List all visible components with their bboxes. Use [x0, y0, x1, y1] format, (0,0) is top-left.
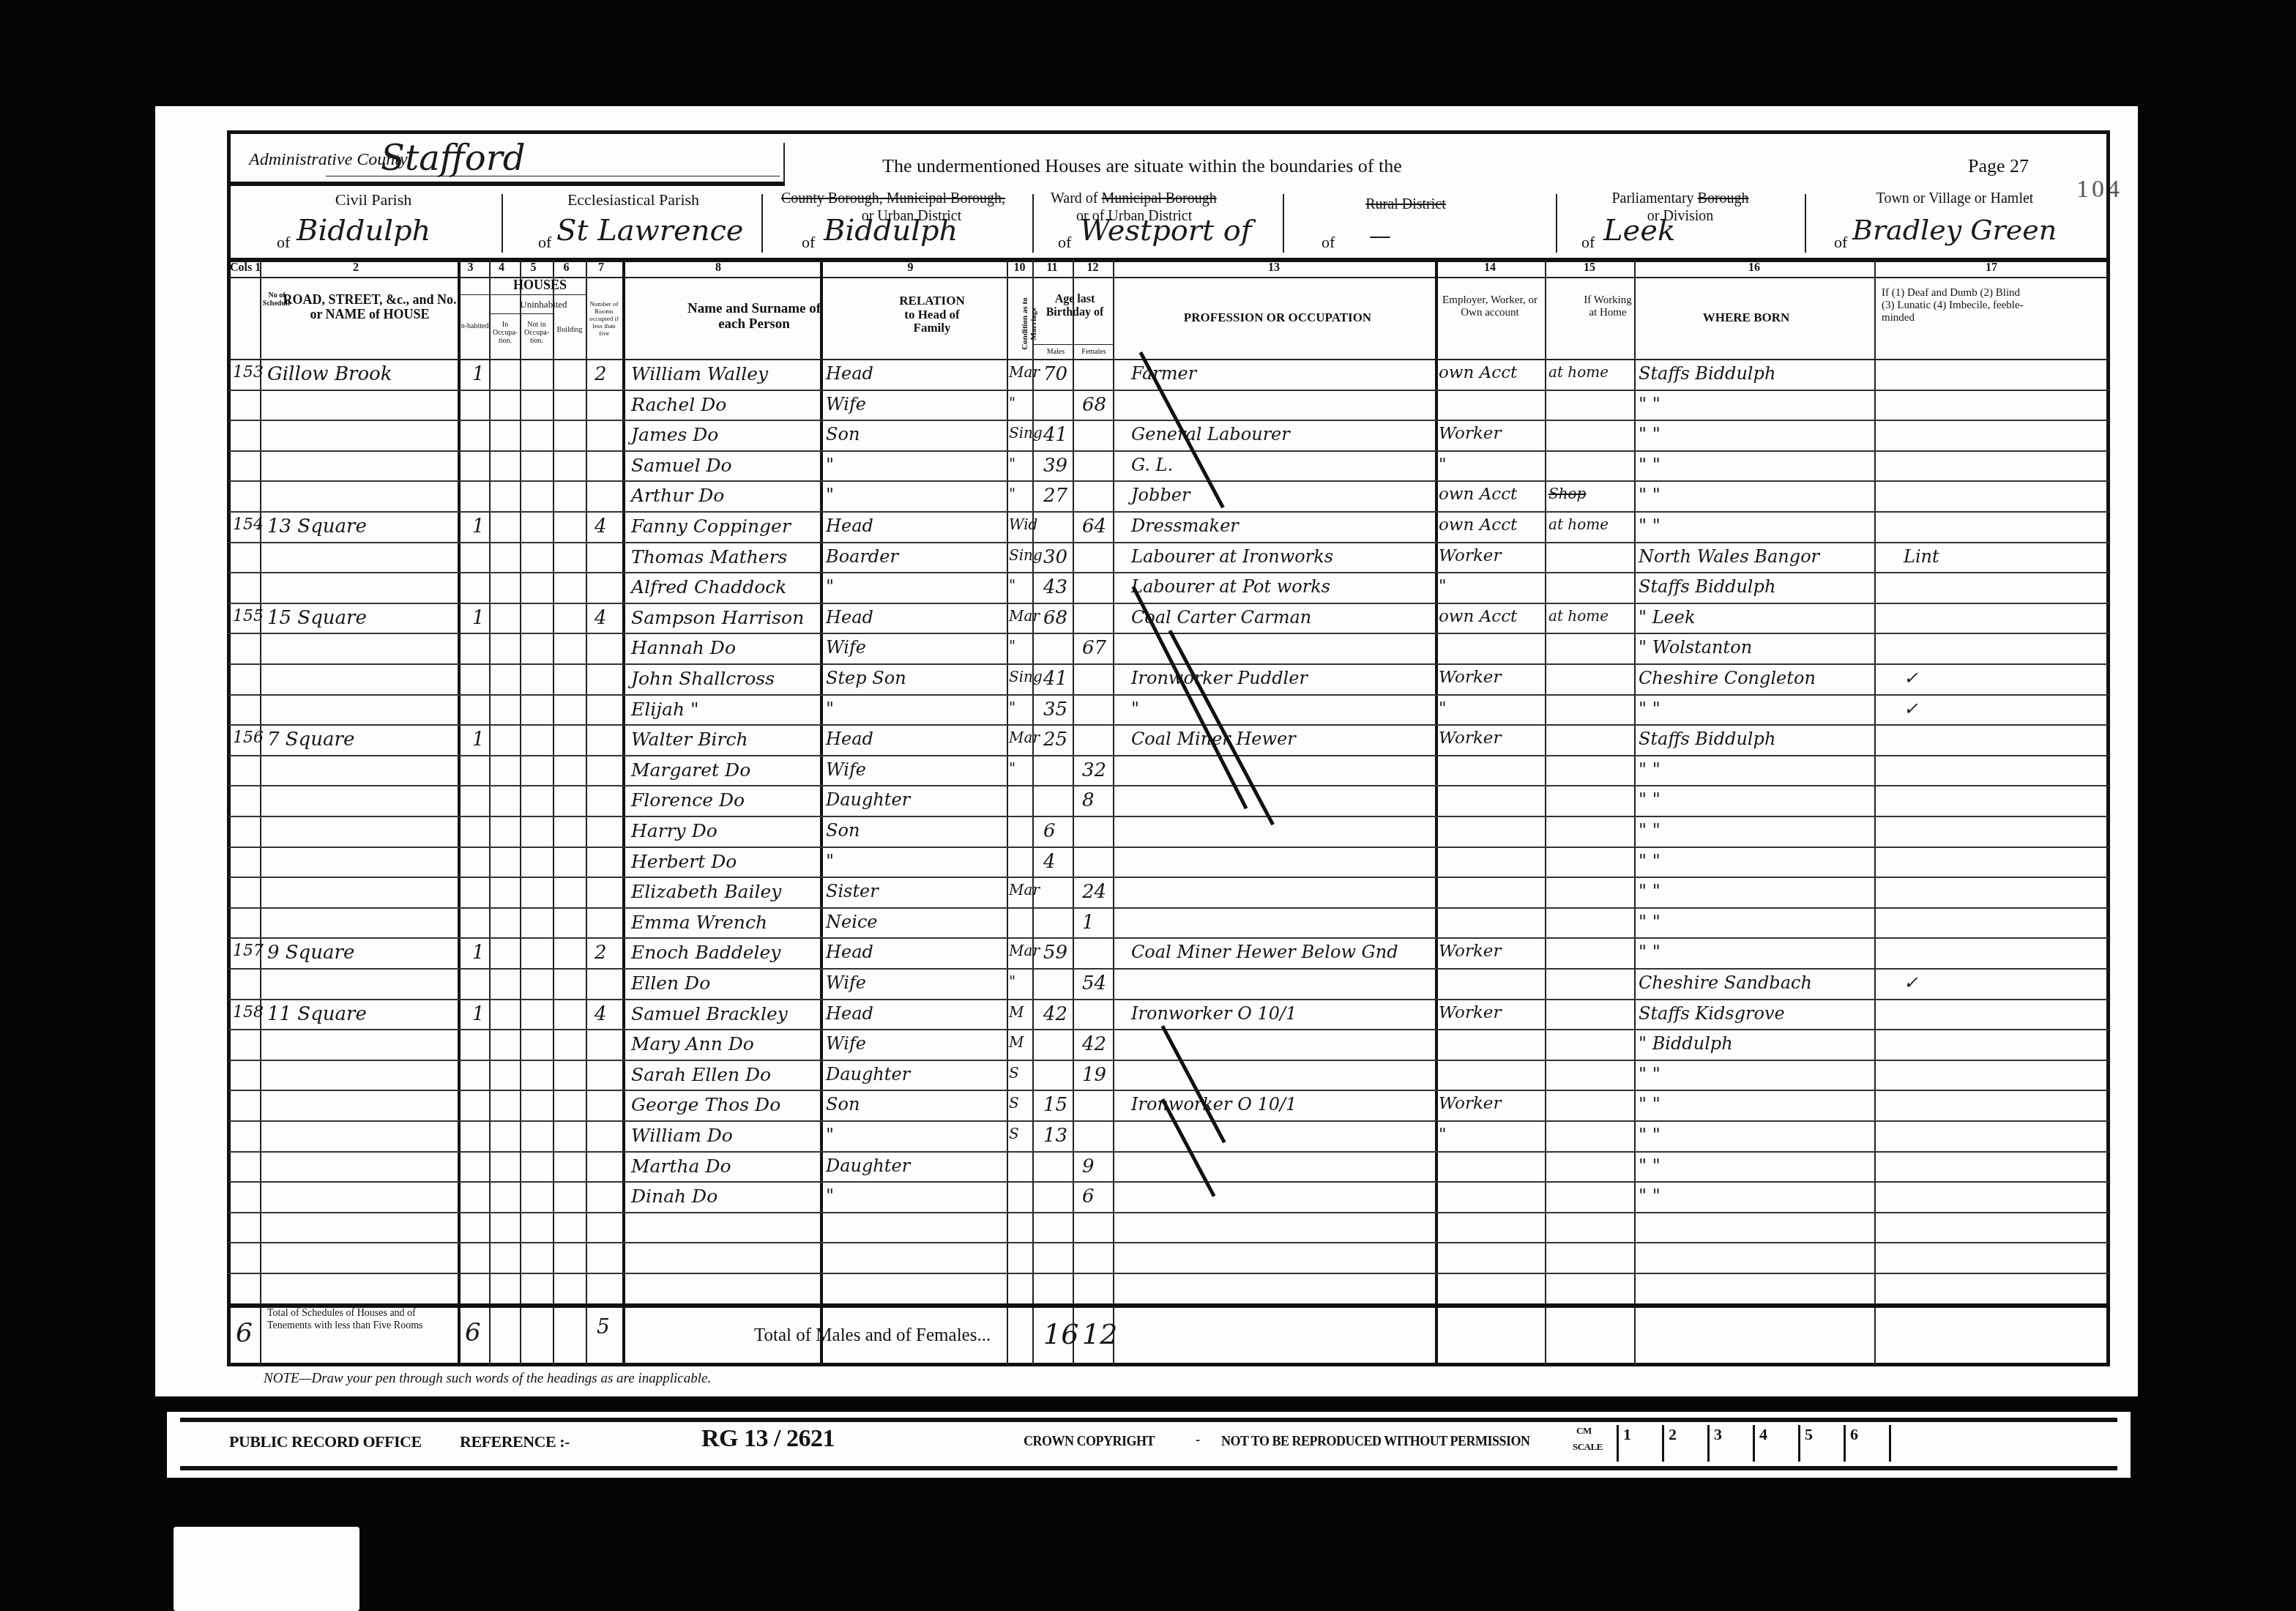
cell-male-age: 41	[1043, 668, 1067, 690]
cell-female-age: 24	[1082, 881, 1106, 903]
cell-name: William Do	[631, 1125, 733, 1146]
row-rule	[228, 907, 2109, 909]
cell-relation: Wife	[826, 759, 866, 780]
total-males: 16	[1043, 1318, 1078, 1350]
row-rule	[228, 755, 2109, 756]
total-schedules-label: Total of Schedules of Houses and of Tene…	[267, 1308, 450, 1333]
cell-relation: "	[826, 485, 834, 505]
cell-relation: "	[826, 851, 834, 871]
cell-inhabited: 1	[472, 1003, 485, 1025]
cell-employer: Worker	[1439, 424, 1501, 443]
column-number: 9	[908, 261, 914, 275]
cell-address: 7 Square	[267, 729, 354, 751]
cell-female-age: 54	[1082, 972, 1106, 994]
cell-schedule: 154	[233, 516, 264, 534]
cell-address: 9 Square	[267, 942, 354, 964]
cell-born: " "	[1639, 820, 1660, 841]
cell-condition: "	[1009, 455, 1015, 472]
header-age: Age last Birthday of	[1038, 293, 1111, 319]
parliamentary-value: Leek	[1603, 214, 1675, 248]
row-rule	[228, 1060, 2109, 1061]
cell-female-age: 6	[1082, 1186, 1095, 1208]
cell-name: Dinah Do	[631, 1186, 717, 1207]
cell-male-age: 59	[1043, 942, 1067, 964]
cell-employer: "	[1439, 1125, 1447, 1144]
cell-male-age: 68	[1043, 607, 1067, 629]
cell-male-age: 4	[1043, 851, 1056, 873]
parliamentary-prefix: of	[1581, 233, 1595, 252]
header-houses: HOUSES	[458, 278, 622, 293]
cell-name: Samuel Brackley	[631, 1003, 788, 1024]
cell-employer: own Acct	[1439, 485, 1517, 504]
cell-born: " "	[1639, 424, 1660, 444]
cell-female-age: 42	[1082, 1033, 1106, 1055]
cell-condition: Mar	[1009, 881, 1040, 898]
header-males: Males	[1038, 348, 1073, 356]
cell-name: James Do	[631, 424, 718, 445]
cell-address: Gillow Brook	[267, 363, 392, 385]
cell-born: Cheshire Sandbach	[1639, 972, 1812, 993]
cell-born: " "	[1639, 851, 1660, 871]
cell-condition: "	[1009, 637, 1015, 655]
cell-employer: "	[1439, 455, 1447, 474]
row-rule	[228, 1120, 2109, 1122]
page-number: Page 27	[1968, 155, 2029, 177]
header-not-in-occupation: Not in Occupa-tion.	[521, 321, 552, 345]
column-number: 12	[1087, 261, 1099, 275]
cell-born: " "	[1639, 912, 1660, 932]
cell-born: " Leek	[1639, 607, 1696, 628]
row-rule	[228, 1090, 2109, 1091]
cell-female-age: 1	[1082, 912, 1095, 934]
cell-name: Emma Wrench	[631, 912, 767, 933]
cell-condition: "	[1009, 699, 1015, 716]
cell-condition: Mar	[1009, 363, 1040, 381]
cell-occupation: Labourer at Pot works	[1131, 576, 1330, 597]
cell-name: Walter Birch	[631, 729, 748, 750]
cell-born: Staffs Biddulph	[1639, 729, 1775, 749]
cell-occupation: Coal Miner Hewer Below Gnd	[1131, 942, 1398, 962]
ward-prefix: of	[1058, 233, 1071, 252]
header-name: Name and Surname of each Person	[681, 302, 827, 332]
column-divider	[260, 260, 261, 1366]
cell-name: Elizabeth Bailey	[631, 881, 781, 902]
footer-reference-label: REFERENCE :-	[460, 1432, 570, 1451]
intro-text: The undermentioned Houses are situate wi…	[882, 155, 1402, 177]
header-working-home: If Working at Home	[1581, 294, 1634, 320]
cell-condition: S	[1009, 1094, 1019, 1112]
cell-employer: Worker	[1439, 729, 1501, 748]
row-rule	[228, 511, 2109, 513]
cell-home: at home	[1548, 607, 1609, 625]
column-divider	[1073, 260, 1074, 1366]
row-rule	[228, 999, 2109, 1000]
row-rule	[228, 603, 2109, 604]
cell-infirmity: ✓	[1904, 699, 1918, 719]
cell-female-age: 32	[1082, 759, 1106, 781]
cell-inhabited: 1	[472, 363, 485, 385]
ecclesiastical-parish-prefix: of	[538, 233, 551, 252]
cell-rooms: 2	[594, 942, 607, 964]
cell-condition: Mar	[1009, 729, 1040, 746]
rural-district-prefix: of	[1322, 233, 1335, 252]
cell-occupation: Jobber	[1131, 485, 1190, 505]
row-rule	[228, 1242, 2109, 1243]
scale-cm-5: 5	[1798, 1425, 1845, 1462]
cell-relation: Wife	[826, 972, 866, 993]
urban-district-prefix: of	[802, 233, 815, 252]
cell-condition: Mar	[1009, 942, 1040, 959]
parliamentary-label-2: or Division	[1567, 208, 1794, 225]
column-divider	[1874, 260, 1876, 1366]
cell-occupation: G. L.	[1131, 455, 1173, 475]
row-rule	[228, 1181, 2109, 1183]
cell-born: " "	[1639, 516, 1660, 536]
cell-relation: Head	[826, 942, 873, 962]
note-text: NOTE—Draw your pen through such words of…	[264, 1371, 711, 1387]
row-rule	[228, 847, 2109, 848]
row-rule	[228, 663, 2109, 665]
cell-employer: Worker	[1439, 1094, 1501, 1113]
cell-employer: "	[1439, 699, 1447, 718]
header-relation: RELATION to Head of Family	[899, 294, 965, 335]
scale-cm-1: 1	[1617, 1425, 1663, 1462]
cell-schedule: 155	[233, 607, 264, 625]
cell-born: " "	[1639, 942, 1660, 962]
town-village-prefix: of	[1834, 233, 1847, 252]
cell-born: " "	[1639, 699, 1660, 719]
cell-employer: own Acct	[1439, 363, 1517, 382]
cell-condition: Sing	[1009, 668, 1043, 685]
cell-relation: Daughter	[826, 1064, 910, 1084]
rural-district-label-struck: Rural District	[1318, 196, 1494, 213]
cell-relation: Boarder	[826, 546, 898, 567]
cell-schedule: 157	[233, 942, 264, 960]
cell-name: Sampson Harrison	[631, 607, 804, 628]
cell-male-age: 30	[1043, 546, 1067, 568]
row-rule	[228, 480, 2109, 482]
cell-born: " "	[1639, 789, 1660, 810]
cell-relation: Sister	[826, 881, 879, 901]
cell-born: " "	[1639, 1156, 1660, 1176]
cell-male-age: 15	[1043, 1094, 1067, 1116]
cell-name: Samuel Do	[631, 455, 732, 476]
cell-born: " "	[1639, 1094, 1660, 1115]
cell-infirmity: ✓	[1904, 668, 1918, 688]
cell-rooms: 4	[594, 607, 607, 629]
town-village-value: Bradley Green	[1852, 214, 2057, 246]
cell-home: at home	[1548, 516, 1609, 533]
cell-female-age: 67	[1082, 637, 1106, 659]
cell-name: William Walley	[631, 363, 768, 384]
column-divider	[622, 260, 625, 1366]
cell-born: " "	[1639, 881, 1660, 901]
cell-inhabited: 1	[472, 729, 485, 751]
cell-born: " Biddulph	[1639, 1033, 1733, 1054]
cell-relation: Daughter	[826, 1156, 910, 1176]
ecclesiastical-parish-value: St Lawrence	[556, 214, 743, 248]
urban-district-value: Biddulph	[824, 214, 958, 248]
row-rule	[228, 572, 2109, 573]
cell-male-age: 13	[1043, 1125, 1067, 1147]
total-inhabited: 6	[465, 1318, 481, 1347]
civil-parish-prefix: of	[277, 233, 290, 252]
column-number: 5	[531, 261, 537, 275]
cell-address: 15 Square	[267, 607, 367, 629]
cell-female-age: 64	[1082, 516, 1106, 537]
cell-name: Martha Do	[631, 1156, 731, 1177]
cell-male-age: 27	[1043, 485, 1067, 507]
total-females: 12	[1082, 1318, 1117, 1350]
footer-reference: RG 13 / 2621	[701, 1425, 835, 1453]
column-number: 2	[353, 261, 359, 275]
column-divider	[586, 260, 587, 1366]
cell-infirmity: ✓	[1904, 972, 1918, 993]
cell-inhabited: 1	[472, 607, 485, 629]
cell-relation: Son	[826, 1094, 860, 1115]
blank-label	[174, 1527, 359, 1611]
cell-employer: own Acct	[1439, 516, 1517, 535]
header-rooms: Number of Rooms occupied if less than fi…	[587, 300, 621, 337]
cell-born: " "	[1639, 1125, 1660, 1145]
cell-name: George Thos Do	[631, 1094, 780, 1115]
column-number: 6	[564, 261, 570, 275]
scale-cm-4: 4	[1753, 1425, 1800, 1462]
ward-label: Ward of Municipal Borough	[1051, 190, 1217, 207]
cell-male-age: 25	[1043, 729, 1067, 751]
column-number: 15	[1584, 261, 1595, 275]
cell-condition: M	[1009, 1033, 1024, 1051]
column-number: 13	[1268, 261, 1280, 275]
cell-born: " "	[1639, 485, 1660, 505]
cell-employer: Worker	[1439, 1003, 1501, 1022]
cell-condition: "	[1009, 759, 1015, 777]
cell-female-age: 19	[1082, 1064, 1106, 1086]
parliamentary-label: Parliamentary Borough	[1567, 190, 1794, 207]
cell-male-age: 43	[1043, 576, 1067, 598]
row-rule	[228, 1151, 2109, 1153]
row-rule	[228, 816, 2109, 817]
cell-condition: S	[1009, 1064, 1019, 1082]
cell-rooms: 4	[594, 516, 607, 537]
cell-relation: "	[826, 455, 834, 475]
cell-male-age: 35	[1043, 699, 1067, 721]
ward-value: Westport of	[1080, 214, 1252, 248]
cell-name: John Shallcross	[631, 668, 775, 689]
cell-occupation: Ironworker O 10/1	[1131, 1003, 1297, 1024]
cell-name: Harry Do	[631, 820, 717, 841]
cell-relation: Head	[826, 729, 873, 749]
cell-occupation: Farmer	[1131, 363, 1196, 384]
cell-born: North Wales Bangor	[1639, 546, 1819, 567]
header-where-born: WHERE BORN	[1655, 311, 1838, 325]
cell-condition: "	[1009, 394, 1015, 412]
cell-relation: Head	[826, 363, 873, 384]
civil-parish-label: Civil Parish	[264, 190, 483, 209]
cell-employer: Worker	[1439, 668, 1501, 687]
cell-occupation: Dressmaker	[1131, 516, 1239, 536]
cell-condition: M	[1009, 1003, 1024, 1021]
cell-condition: Sing	[1009, 424, 1043, 442]
cell-name: Alfred Chaddock	[631, 576, 786, 598]
cell-infirmity: Lint	[1904, 546, 1939, 567]
cell-condition: "	[1009, 485, 1015, 502]
header-condition: Condition as to Marriage	[1021, 294, 1038, 353]
cell-employer: Worker	[1439, 942, 1501, 961]
cell-relation: Wife	[826, 637, 866, 658]
footer-copyright: CROWN COPYRIGHT	[1024, 1434, 1155, 1449]
cell-female-age: 68	[1082, 394, 1106, 416]
header-infirmity: If (1) Deaf and Dumb (2) Blind (3) Lunat…	[1882, 287, 2028, 324]
cell-born: " "	[1639, 455, 1660, 475]
cell-address: 11 Square	[267, 1003, 367, 1025]
cell-relation: Wife	[826, 394, 866, 414]
column-number: 8	[715, 261, 721, 275]
cell-condition: S	[1009, 1125, 1019, 1142]
cell-occupation: Coal Carter Carman	[1131, 607, 1311, 628]
cell-born: " "	[1639, 1064, 1660, 1084]
column-number: 14	[1484, 261, 1496, 275]
cell-born: " "	[1639, 394, 1660, 414]
cell-occupation: "	[1131, 699, 1139, 719]
cell-schedule: 158	[233, 1003, 264, 1022]
row-rule	[228, 450, 2109, 452]
cell-condition: "	[1009, 576, 1015, 594]
cell-relation: Neice	[826, 912, 878, 932]
cell-relation: "	[826, 1186, 834, 1206]
cell-occupation: Labourer at Ironworks	[1131, 546, 1333, 567]
cell-home: at home	[1548, 363, 1609, 381]
column-divider	[489, 260, 491, 1366]
cell-occupation: General Labourer	[1131, 424, 1290, 444]
column-divider	[1007, 260, 1008, 1366]
column-number: 4	[499, 261, 504, 275]
column-divider	[1435, 260, 1438, 1366]
cell-condition: Sing	[1009, 546, 1043, 564]
cell-condition: Wid	[1009, 516, 1037, 533]
header-females: Females	[1075, 348, 1113, 356]
column-divider	[820, 260, 823, 1366]
cell-name: Mary Ann Do	[631, 1033, 754, 1054]
cell-schedule: 156	[233, 729, 264, 747]
row-rule	[228, 937, 2109, 939]
cell-relation: Son	[826, 424, 860, 444]
column-divider	[520, 260, 521, 1366]
cell-rooms: 2	[594, 363, 607, 385]
cell-condition: Mar	[1009, 607, 1040, 625]
cell-name: Enoch Baddeley	[631, 942, 780, 963]
column-number: 16	[1748, 261, 1760, 275]
row-rule	[228, 785, 2109, 786]
footer-scale-label: SCALE	[1573, 1441, 1603, 1453]
total-rooms: 5	[597, 1314, 610, 1339]
cell-male-age: 41	[1043, 424, 1067, 446]
cell-relation: Wife	[826, 1033, 866, 1054]
header-employer: Employer, Worker, or Own account	[1436, 294, 1543, 320]
cell-name: Sarah Ellen Do	[631, 1064, 771, 1085]
row-rule	[228, 694, 2109, 696]
administrative-county-value: Stafford	[381, 138, 525, 179]
cell-relation: "	[826, 1125, 834, 1145]
cell-name: Elijah "	[631, 699, 698, 720]
cell-name: Margaret Do	[631, 759, 750, 781]
header-uninhabited: Uninhabited	[502, 299, 586, 310]
cell-female-age: 8	[1082, 789, 1095, 811]
total-persons-label: Total of Males and of Females...	[754, 1325, 991, 1346]
cell-occupation: Ironworker O 10/1	[1131, 1094, 1297, 1115]
cell-relation: "	[826, 699, 834, 719]
cell-rooms: 4	[594, 1003, 607, 1025]
column-divider	[1113, 260, 1114, 1366]
cell-relation: Head	[826, 607, 873, 628]
row-rule	[228, 1273, 2109, 1274]
column-number: Cols 1	[230, 261, 261, 275]
archive-footer: PUBLIC RECORD OFFICE REFERENCE :- RG 13 …	[167, 1412, 2131, 1478]
header-building: Building	[553, 326, 586, 334]
cell-relation: Step Son	[826, 668, 906, 688]
cell-occupation: Ironworker Puddler	[1131, 668, 1308, 688]
cell-home: Shop	[1548, 485, 1586, 502]
total-schedules: 6	[236, 1318, 253, 1348]
cell-born: " Wolstanton	[1639, 637, 1752, 658]
cell-relation: Son	[826, 820, 860, 841]
cell-name: Thomas Mathers	[631, 546, 787, 568]
footer-scale-label-cm: CM	[1576, 1425, 1592, 1437]
cell-inhabited: 1	[472, 516, 485, 537]
cell-male-age: 70	[1043, 363, 1067, 385]
header-in-occupation: In Occupa-tion.	[491, 321, 520, 345]
cell-employer: "	[1439, 576, 1447, 595]
header-occupation: PROFESSION OR OCCUPATION	[1138, 311, 1417, 325]
footer-separator: -	[1196, 1432, 1200, 1448]
cell-schedule: 153	[233, 363, 264, 382]
cell-male-age: 6	[1043, 820, 1056, 842]
column-divider	[458, 260, 461, 1366]
header-road-street: ROAD, STREET, &c., and No. or NAME of HO…	[282, 293, 458, 322]
cell-condition: "	[1009, 972, 1015, 990]
row-rule	[228, 420, 2109, 421]
cell-born: Cheshire Congleton	[1639, 668, 1816, 688]
header-inhabited: In-habited	[458, 322, 489, 330]
town-village-label: Town or Village or Hamlet	[1816, 190, 2094, 207]
row-rule	[228, 724, 2109, 726]
cell-name: Rachel Do	[631, 394, 726, 415]
row-rule	[228, 390, 2109, 391]
cell-male-age: 39	[1043, 455, 1067, 477]
scale-cm-3: 3	[1707, 1425, 1754, 1462]
scale-cm-6: 6	[1844, 1425, 1890, 1462]
cell-relation: Daughter	[826, 789, 910, 810]
county-borough-label-struck: County Borough, Municipal Borough,	[772, 190, 1014, 207]
cell-name: Herbert Do	[631, 851, 737, 872]
row-rule	[228, 968, 2109, 970]
cell-relation: Head	[826, 516, 873, 536]
cell-relation: Head	[826, 1003, 873, 1024]
column-divider	[1634, 260, 1636, 1366]
cell-name: Ellen Do	[631, 972, 710, 994]
row-rule	[228, 1029, 2109, 1030]
cell-born: Staffs Biddulph	[1639, 576, 1775, 597]
civil-parish-value: Biddulph	[297, 214, 430, 248]
column-number: 10	[1014, 261, 1026, 275]
column-number: 7	[598, 261, 604, 275]
cell-female-age: 9	[1082, 1156, 1095, 1177]
cell-name: Arthur Do	[631, 485, 724, 506]
scale-end	[1889, 1425, 1896, 1462]
ecclesiastical-parish-label: Ecclesiastical Parish	[512, 190, 754, 209]
cell-relation: "	[826, 576, 834, 597]
cell-name: Florence Do	[631, 789, 745, 811]
